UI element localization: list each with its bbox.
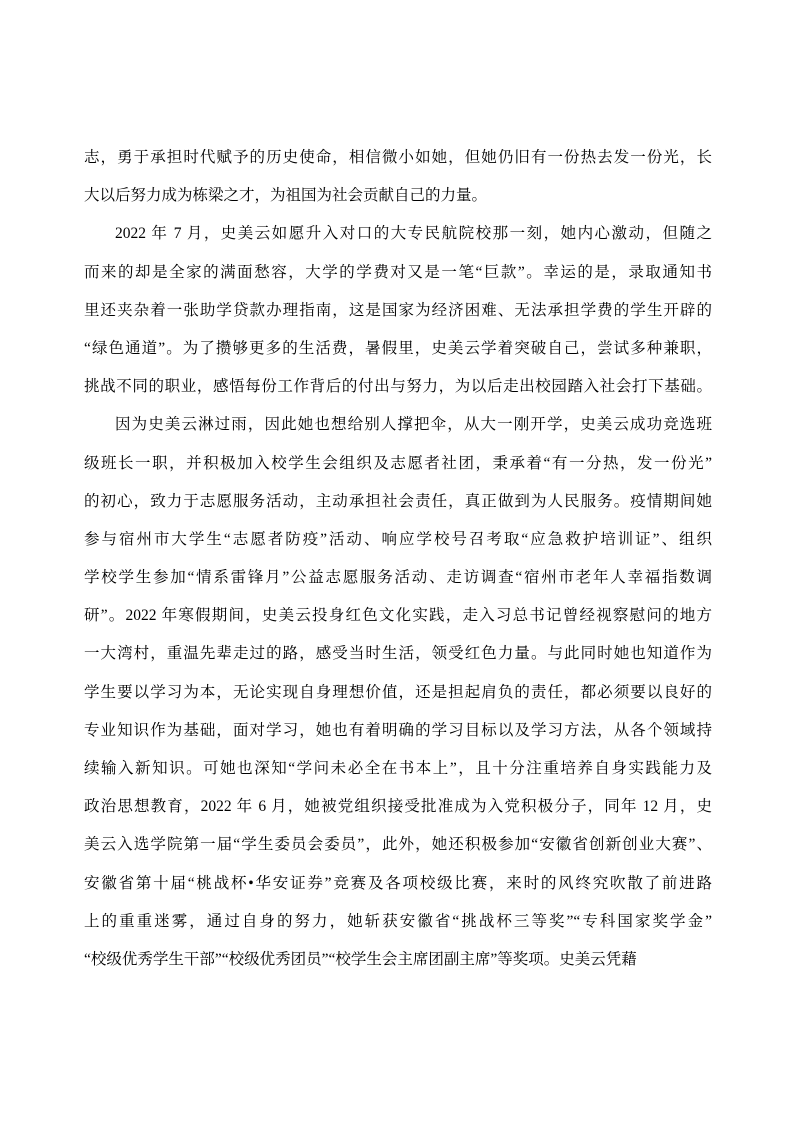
text-line: 研”。2022 年寒假期间，史美云投身红色文化实践，走入习总书记曾经视察慰问的地… xyxy=(84,597,712,635)
text-line: 而来的却是全家的满面愁容，大学的学费对又是一笔“巨款”。幸运的是，录取通知书 xyxy=(84,254,712,292)
text-line: 挑战不同的职业，感悟每份工作背后的付出与努力，为以后走出校园踏入社会打下基础。 xyxy=(84,368,712,406)
text-line: 学校学生参加“情系雷锋月”公益志愿服务活动、走访调查“宿州市老年人幸福指数调 xyxy=(84,559,712,597)
text-line: “绿色通道”。为了攒够更多的生活费，暑假里，史美云学着突破自己，尝试多种兼职， xyxy=(84,330,712,368)
text-line: 学生要以学习为本，无论实现自身理想价值，还是担起肩负的责任，都必须要以良好的 xyxy=(84,674,712,712)
text-line: 安徽省第十届“桃战杯•华安证券”竞赛及各项校级比赛，来时的风终究吹散了前进路 xyxy=(84,865,712,903)
text-line: 上的重重迷雾，通过自身的努力，她斩获安徽省“挑战杯三等奖”“专科国家奖学金” xyxy=(84,903,712,941)
text-line: 续输入新知识。可她也深知“学问未必全在书本上”，且十分注重培养自身实践能力及 xyxy=(84,750,712,788)
text-line: 的初心，致力于志愿服务活动，主动承担社会责任，真正做到为人民服务。疫情期间她 xyxy=(84,483,712,521)
text-line: 大以后努力成为栋梁之才，为祖国为社会贡献自己的力量。 xyxy=(84,177,712,215)
text-line: 级班长一职，并积极加入校学生会组织及志愿者社团，秉承着“有一分热，发一份光” xyxy=(84,445,712,483)
text-line: 志，勇于承担时代赋予的历史使命，相信微小如她，但她仍旧有一份热去发一份光，长 xyxy=(84,139,712,177)
text-line: 参与宿州市大学生“志愿者防疫”活动、响应学校号召考取“应急救护培训证”、组织 xyxy=(84,521,712,559)
text-line: 2022 年 7 月，史美云如愿升入对口的大专民航院校那一刻，她内心激动，但随之 xyxy=(84,215,712,253)
document-text-body: 志，勇于承担时代赋予的历史使命，相信微小如她，但她仍旧有一份热去发一份光，长大以… xyxy=(84,139,712,979)
text-line: 里还夹杂着一张助学贷款办理指南，这是国家为经济困难、无法承担学费的学生开辟的 xyxy=(84,292,712,330)
text-line: 因为史美云淋过雨，因此她也想给别人撑把伞，从大一刚开学，史美云成功竞选班 xyxy=(84,406,712,444)
text-line: 美云入选学院第一届“学生委员会委员”，此外，她还积极参加“安徽省创新创业大赛”、 xyxy=(84,826,712,864)
text-line: 专业知识作为基础，面对学习，她也有着明确的学习目标以及学习方法，从各个领域持 xyxy=(84,712,712,750)
text-line: 一大湾村，重温先辈走过的路，感受当时生活，领受红色力量。与此同时她也知道作为 xyxy=(84,635,712,673)
text-line: 政治思想教育，2022 年 6 月，她被党组织接受批准成为入党积极分子，同年 1… xyxy=(84,788,712,826)
document-page: 志，勇于承担时代赋予的历史使命，相信微小如她，但她仍旧有一份热去发一份光，长大以… xyxy=(0,0,793,1122)
text-line: “校级优秀学生干部”“校级优秀团员”“校学生会主席团副主席”等奖项。史美云凭藉 xyxy=(84,941,712,979)
